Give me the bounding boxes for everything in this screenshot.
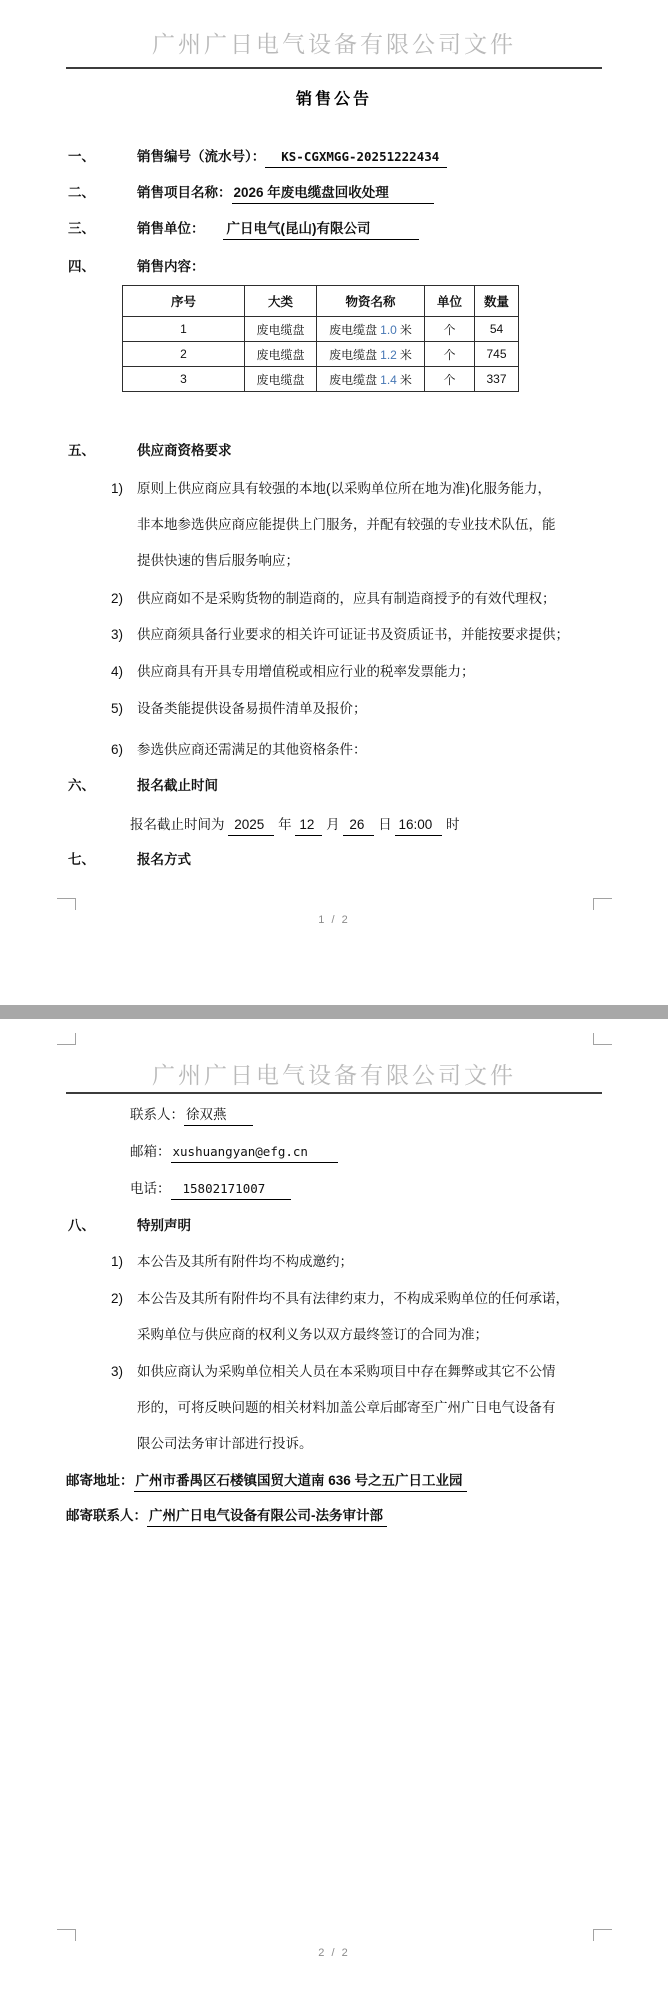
item-text: 原则上供应商应具有较强的本地(以采购单位所在地为准)化服务能力， (137, 481, 551, 496)
section-sale-unit: 三、销售单位：广日电气(昆山)有限公司 (68, 219, 419, 238)
company-header: 广州广日电气设备有限公司文件 (0, 1057, 668, 1090)
page-number-footer: 1 / 2 (0, 914, 668, 926)
section-number: 四、 (68, 257, 137, 276)
deadline-month-unit: 月 (326, 817, 340, 832)
deadline-day-unit: 日 (378, 817, 392, 832)
section-deadline: 六、报名截止时间 (68, 776, 218, 795)
deadline-day: 26 (343, 815, 374, 836)
contact-phone-label: 电话： (130, 1181, 171, 1196)
table-header-row: 序号 大类 物资名称 单位 数量 (123, 286, 519, 317)
cell-no: 3 (123, 367, 245, 392)
text-boundary-mark-bottom-left (57, 1929, 76, 1941)
text-boundary-mark-top-right (593, 1033, 612, 1045)
qualification-item-4: 4)供应商具有开具专用增值税或相应行业的税率发票能力； (137, 662, 475, 681)
section-label: 供应商资格要求 (137, 443, 232, 458)
material-size-unit: 米 (400, 373, 412, 387)
material-size-unit: 米 (400, 348, 412, 362)
page-2: 广州广日电气设备有限公司文件 联系人：徐双燕 邮箱：xushuangyan@ef… (0, 1019, 668, 2000)
deadline-value-line: 报名截止时间为 2025 年 12 月 26 日 16:00 时 (130, 815, 460, 834)
cell-unit: 个 (425, 342, 475, 367)
col-header-category: 大类 (245, 286, 317, 317)
deadline-year-unit: 年 (278, 817, 292, 832)
document-viewer: 广州广日电气设备有限公司文件 销售公告 一、销售编号（流水号）：KS-CGXMG… (0, 0, 668, 2000)
section-number: 二、 (68, 183, 137, 202)
section-number: 八、 (68, 1216, 137, 1235)
sale-no-value: KS-CGXMGG-20251222434 (265, 147, 447, 168)
deadline-prefix: 报名截止时间为 (130, 817, 225, 832)
page-1: 广州广日电气设备有限公司文件 销售公告 一、销售编号（流水号）：KS-CGXMG… (0, 0, 668, 1005)
col-header-qty: 数量 (475, 286, 519, 317)
material-size: 1.0 (380, 323, 397, 337)
mailing-address-label: 邮寄地址： (66, 1473, 134, 1488)
header-rule (66, 1092, 602, 1094)
contact-person-line: 联系人：徐双燕 (130, 1105, 253, 1124)
col-header-material: 物资名称 (317, 286, 425, 317)
statement-item-3-line-2: 形的，可将反映问题的相关材料加盖公章后邮寄至广州广日电气设备有 (137, 1398, 556, 1417)
material-size: 1.2 (380, 348, 397, 362)
section-signup-method: 七、报名方式 (68, 850, 191, 869)
item-number: 4) (111, 662, 123, 681)
qualification-item-6: 6)参选供应商还需满足的其他资格条件： (137, 740, 367, 759)
company-header: 广州广日电气设备有限公司文件 (0, 26, 668, 59)
page-separator (0, 1005, 668, 1019)
cell-no: 2 (123, 342, 245, 367)
deadline-year: 2025 (228, 815, 274, 836)
table-row: 1 废电缆盘 废电缆盘1.0米 个 54 (123, 317, 519, 342)
qualification-item-1: 1)原则上供应商应具有较强的本地(以采购单位所在地为准)化服务能力， (137, 479, 551, 498)
material-name: 废电缆盘 (329, 348, 377, 362)
item-text: 设备类能提供设备易损件清单及报价； (137, 701, 367, 716)
statement-item-2: 2)本公告及其所有附件均不具有法律约束力，不构成采购单位的任何承诺， (137, 1289, 569, 1308)
qualification-item-2: 2)供应商如不是采购货物的制造商的，应具有制造商授予的有效代理权； (137, 589, 556, 608)
qualification-item-1-line-3: 提供快速的售后服务响应； (137, 551, 299, 570)
section-project-name: 二、销售项目名称：2026 年废电缆盘回收处理 (68, 183, 434, 202)
mailing-contact-value: 广州广日电气设备有限公司-法务审计部 (147, 1506, 387, 1527)
section-sale-content: 四、销售内容： (68, 257, 205, 276)
item-number: 5) (111, 699, 123, 718)
deadline-time-unit: 时 (446, 817, 460, 832)
contact-person-label: 联系人： (130, 1107, 184, 1122)
cell-material: 废电缆盘1.2米 (317, 342, 425, 367)
section-label: 报名截止时间 (137, 778, 218, 793)
contact-person-value: 徐双燕 (184, 1105, 253, 1126)
cell-category: 废电缆盘 (245, 367, 317, 392)
contact-phone-line: 电话：15802171007 (130, 1179, 291, 1198)
mailing-address-value: 广州市番禺区石楼镇国贸大道南 636 号之五广日工业园 (134, 1471, 467, 1492)
item-text: 非本地参选供应商应能提供上门服务，并配有较强的专业技术队伍，能 (137, 517, 556, 532)
deadline-time: 16:00 (395, 815, 442, 836)
doc-title: 销售公告 (0, 86, 668, 109)
material-size-unit: 米 (400, 323, 412, 337)
contact-email-value: xushuangyan@efg.cn (171, 1142, 338, 1163)
item-text: 限公司法务审计部进行投诉。 (137, 1436, 313, 1451)
item-text: 参选供应商还需满足的其他资格条件： (137, 742, 367, 757)
contact-email-line: 邮箱：xushuangyan@efg.cn (130, 1142, 338, 1161)
item-number: 3) (111, 1362, 123, 1381)
section-sale-no: 一、销售编号（流水号）：KS-CGXMGG-20251222434 (68, 147, 447, 166)
cell-qty: 337 (475, 367, 519, 392)
mailing-contact-line: 邮寄联系人：广州广日电气设备有限公司-法务审计部 (66, 1506, 387, 1525)
col-header-unit: 单位 (425, 286, 475, 317)
section-label: 销售内容： (137, 259, 205, 274)
statement-item-3-line-3: 限公司法务审计部进行投诉。 (137, 1434, 313, 1453)
cell-unit: 个 (425, 317, 475, 342)
cell-category: 废电缆盘 (245, 317, 317, 342)
item-number: 3) (111, 625, 123, 644)
section-label: 销售单位： (137, 221, 205, 236)
section-label: 报名方式 (137, 852, 191, 867)
item-number: 6) (111, 740, 123, 759)
section-label: 特别声明 (137, 1218, 191, 1233)
qualification-item-1-line-2: 非本地参选供应商应能提供上门服务，并配有较强的专业技术队伍，能 (137, 515, 556, 534)
sale-unit-value: 广日电气(昆山)有限公司 (223, 219, 419, 240)
cell-material: 废电缆盘1.0米 (317, 317, 425, 342)
cell-unit: 个 (425, 367, 475, 392)
cell-category: 废电缆盘 (245, 342, 317, 367)
item-text: 如供应商认为采购单位相关人员在本采购项目中存在舞弊或其它不公情 (137, 1364, 556, 1379)
item-text: 本公告及其所有附件均不具有法律约束力，不构成采购单位的任何承诺， (137, 1291, 569, 1306)
material-size: 1.4 (380, 373, 397, 387)
mailing-contact-label: 邮寄联系人： (66, 1508, 147, 1523)
qualification-item-5: 5)设备类能提供设备易损件清单及报价； (137, 699, 367, 718)
item-text: 采购单位与供应商的权利义务以双方最终签订的合同为准； (137, 1327, 488, 1342)
item-number: 2) (111, 1289, 123, 1308)
deadline-month: 12 (295, 815, 322, 836)
item-text: 供应商具有开具专用增值税或相应行业的税率发票能力； (137, 664, 475, 679)
cell-material: 废电缆盘1.4米 (317, 367, 425, 392)
sale-items-table: 序号 大类 物资名称 单位 数量 1 废电缆盘 废电缆盘1.0米 个 54 2 … (122, 285, 519, 392)
table-row: 2 废电缆盘 废电缆盘1.2米 个 745 (123, 342, 519, 367)
project-name-value: 2026 年废电缆盘回收处理 (232, 183, 434, 204)
col-header-no: 序号 (123, 286, 245, 317)
item-text: 形的，可将反映问题的相关材料加盖公章后邮寄至广州广日电气设备有 (137, 1400, 556, 1415)
section-number: 七、 (68, 850, 137, 869)
material-name: 废电缆盘 (329, 323, 377, 337)
table-row: 3 废电缆盘 废电缆盘1.4米 个 337 (123, 367, 519, 392)
cell-qty: 54 (475, 317, 519, 342)
page-number-footer: 2 / 2 (0, 1947, 668, 1959)
section-number: 一、 (68, 147, 137, 166)
section-number: 三、 (68, 219, 137, 238)
contact-phone-value: 15802171007 (171, 1179, 292, 1200)
qualification-item-3: 3)供应商须具备行业要求的相关许可证证书及资质证书，并能按要求提供； (137, 625, 569, 644)
section-special-statement: 八、特别声明 (68, 1216, 191, 1235)
item-text: 提供快速的售后服务响应； (137, 553, 299, 568)
text-boundary-mark-bottom-right (593, 898, 612, 910)
section-number: 五、 (68, 441, 137, 460)
item-number: 2) (111, 589, 123, 608)
cell-no: 1 (123, 317, 245, 342)
item-text: 本公告及其所有附件均不构成邀约； (137, 1254, 353, 1269)
item-text: 供应商须具备行业要求的相关许可证证书及资质证书，并能按要求提供； (137, 627, 569, 642)
text-boundary-mark-bottom-left (57, 898, 76, 910)
section-number: 六、 (68, 776, 137, 795)
statement-item-3: 3)如供应商认为采购单位相关人员在本采购项目中存在舞弊或其它不公情 (137, 1362, 556, 1381)
item-number: 1) (111, 1252, 123, 1271)
statement-item-1: 1)本公告及其所有附件均不构成邀约； (137, 1252, 353, 1271)
text-boundary-mark-bottom-right (593, 1929, 612, 1941)
text-boundary-mark-top-left (57, 1033, 76, 1045)
statement-item-2-line-2: 采购单位与供应商的权利义务以双方最终签订的合同为准； (137, 1325, 488, 1344)
mailing-address-line: 邮寄地址：广州市番禺区石楼镇国贸大道南 636 号之五广日工业园 (66, 1471, 467, 1490)
section-qualification: 五、供应商资格要求 (68, 441, 232, 460)
material-name: 废电缆盘 (329, 373, 377, 387)
section-label: 销售编号（流水号）： (137, 149, 265, 164)
header-rule (66, 67, 602, 69)
cell-qty: 745 (475, 342, 519, 367)
contact-email-label: 邮箱： (130, 1144, 171, 1159)
item-number: 1) (111, 479, 123, 498)
section-label: 销售项目名称： (137, 185, 232, 200)
item-text: 供应商如不是采购货物的制造商的，应具有制造商授予的有效代理权； (137, 591, 556, 606)
